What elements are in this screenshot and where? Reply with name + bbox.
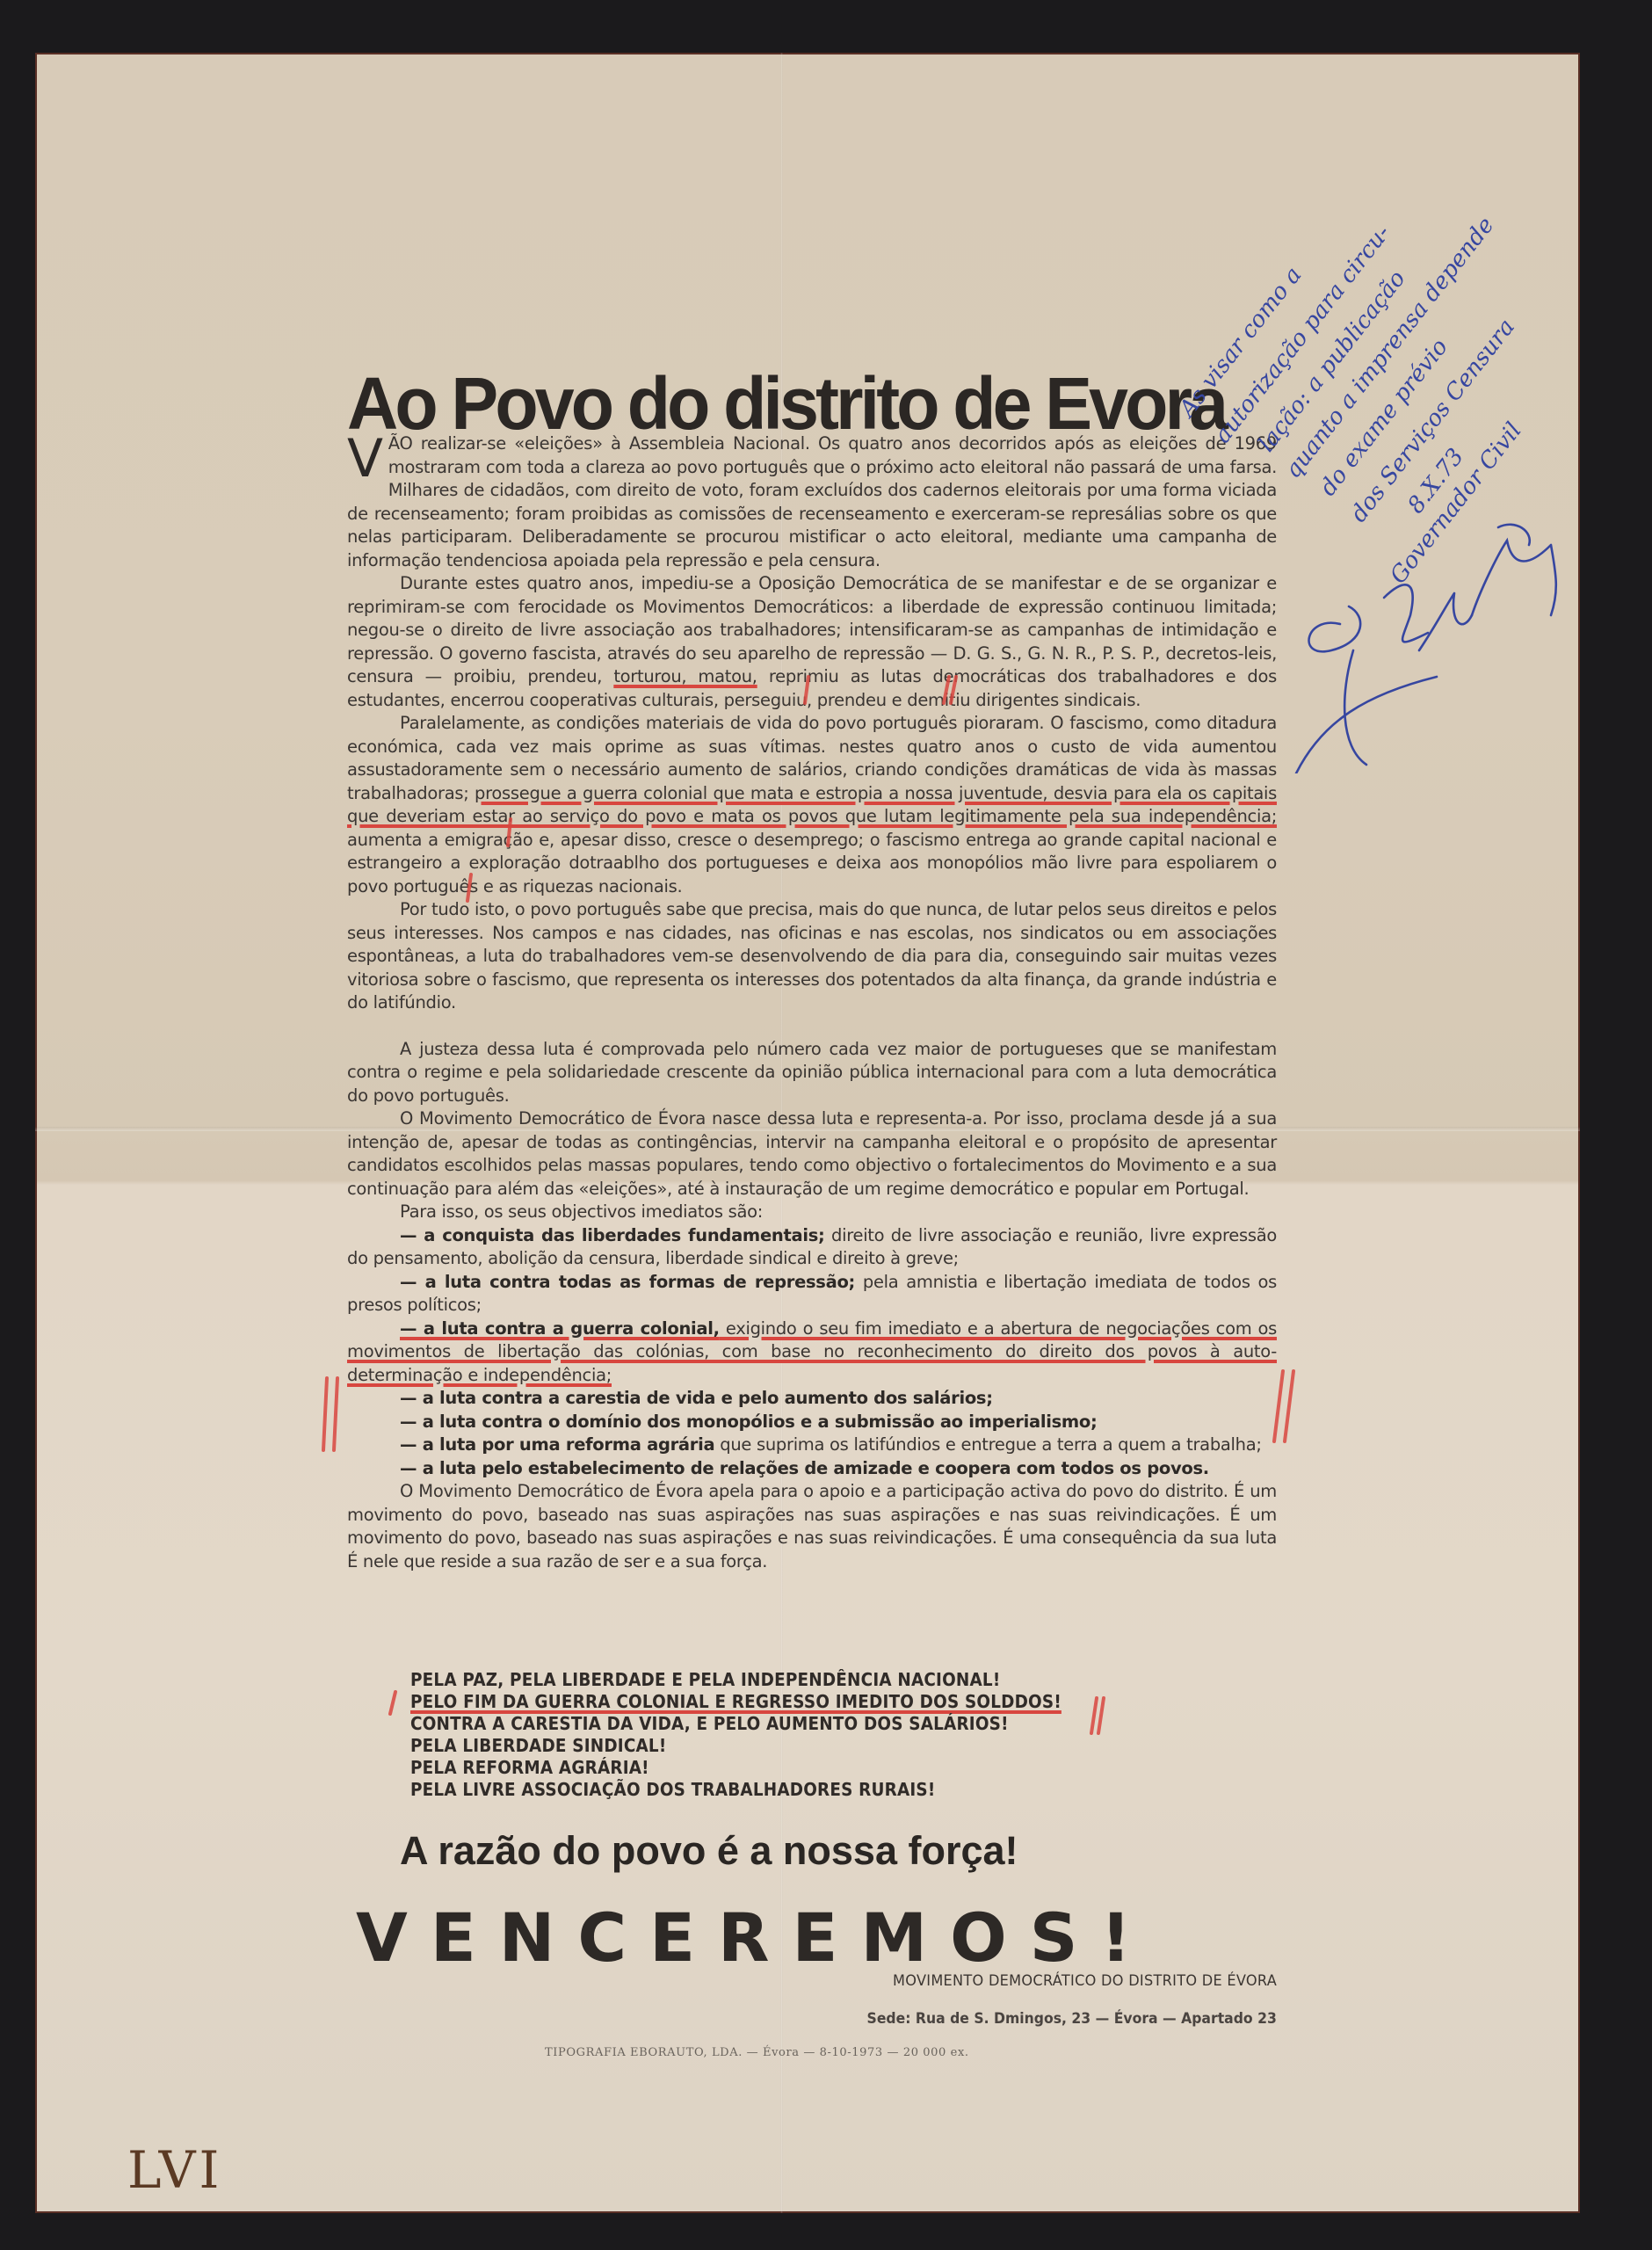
slogan: PELA REFORMA AGRÁRIA! xyxy=(410,1757,1138,1779)
objective-item: — a luta contra o domínio dos monopólios… xyxy=(347,1411,1277,1434)
objective-detail: que suprima os latifúndios e entregue a … xyxy=(714,1434,1261,1455)
objective-item: — a luta por uma reforma agrária que sup… xyxy=(347,1433,1277,1457)
slogan: CONTRA A CARESTIA DA VIDA, E PELO AUMENT… xyxy=(410,1713,1138,1735)
paragraph-text: ÃO realizar-se «eleições» à Assembleia N… xyxy=(347,433,1277,570)
red-marked-phrase: torturou, matou, xyxy=(613,666,757,686)
slogan: PELA LIVRE ASSOCIAÇÃO DOS TRABALHADORES … xyxy=(410,1779,1138,1801)
objective-title: — a luta contra todas as formas de repre… xyxy=(400,1272,855,1292)
headquarters-address: Sede: Rua de S. Dmingos, 23 — Évora — Ap… xyxy=(867,2010,1277,2028)
handwritten-line: quanto a imprensa depende xyxy=(1279,213,1499,483)
objective-title: — a luta contra o domínio dos monopólios… xyxy=(400,1412,1098,1432)
motto-line: A razão do povo é a nossa força! xyxy=(400,1828,1279,1874)
paragraph-movement: O Movimento Democrático de Évora nasce d… xyxy=(347,1107,1277,1201)
objective-item: — a conquista das liberdades fundamentai… xyxy=(347,1224,1277,1271)
objective-title: — a luta pelo estabelecimento de relaçõe… xyxy=(400,1458,1209,1478)
paragraph-gap xyxy=(347,1015,1277,1038)
organization-name: MOVIMENTO DEMOCRÁTICO DO DISTRITO DE ÉVO… xyxy=(893,1972,1277,1990)
objective-item: — a luta contra todas as formas de repre… xyxy=(347,1271,1277,1317)
paragraph-intro: VÃO realizar-se «eleições» à Assembleia … xyxy=(347,432,1277,572)
signature-icon xyxy=(1287,492,1586,773)
paragraph-closing: O Movimento Democrático de Évora apela p… xyxy=(347,1480,1277,1573)
objective-title: — a luta contra a carestia de vida e pel… xyxy=(400,1388,993,1408)
objective-item: — a luta contra a carestia de vida e pel… xyxy=(347,1387,1277,1411)
paragraph-repression: Durante estes quatro anos, impediu-se a … xyxy=(347,572,1277,712)
red-marked-passage: prossegue a guerra colonial que mata e e… xyxy=(347,783,1277,827)
objective-title: — a luta contra a guerra colonial, xyxy=(400,1318,720,1339)
objective-item-marked: — a luta contra a guerra colonial, exigi… xyxy=(347,1317,1277,1388)
archive-mark: LVI xyxy=(127,2140,222,2200)
paragraph-objectives-intro: Para isso, os seus objectivos imediatos … xyxy=(347,1201,1277,1224)
printer-imprint: TIPOGRAFIA EBORAUTO, LDA. — Évora — 8-10… xyxy=(545,2046,969,2059)
dropcap-letter: V xyxy=(347,438,383,480)
paragraph-justice: A justeza dessa luta é comprovada pelo n… xyxy=(347,1038,1277,1108)
venceremos-banner: VENCEREMOS! xyxy=(356,1898,1287,1977)
paragraph-struggle: Por tudo isto, o povo português sabe que… xyxy=(347,898,1277,1015)
slogan: PELA LIBERDADE SINDICAL! xyxy=(410,1735,1138,1757)
slogan: PELA PAZ, PELA LIBERDADE E PELA INDEPEND… xyxy=(410,1669,1138,1691)
paragraph-economy: Paralelamente, as condições materiais de… xyxy=(347,712,1277,898)
objective-title: — a conquista das liberdades fundamentai… xyxy=(400,1225,825,1245)
slogan-list: PELA PAZ, PELA LIBERDADE E PELA INDEPEND… xyxy=(410,1669,1138,1801)
manifesto-body: VÃO realizar-se «eleições» à Assembleia … xyxy=(347,432,1277,1573)
paragraph-text: aumenta a emigração e, apesar disso, cre… xyxy=(347,830,1277,896)
objective-item: — a luta pelo estabelecimento de relaçõe… xyxy=(347,1457,1277,1481)
objective-title: — a luta por uma reforma agrária xyxy=(400,1434,714,1455)
slogan-marked: PELO FIM DA GUERRA COLONIAL E REGRESSO I… xyxy=(410,1691,1138,1713)
